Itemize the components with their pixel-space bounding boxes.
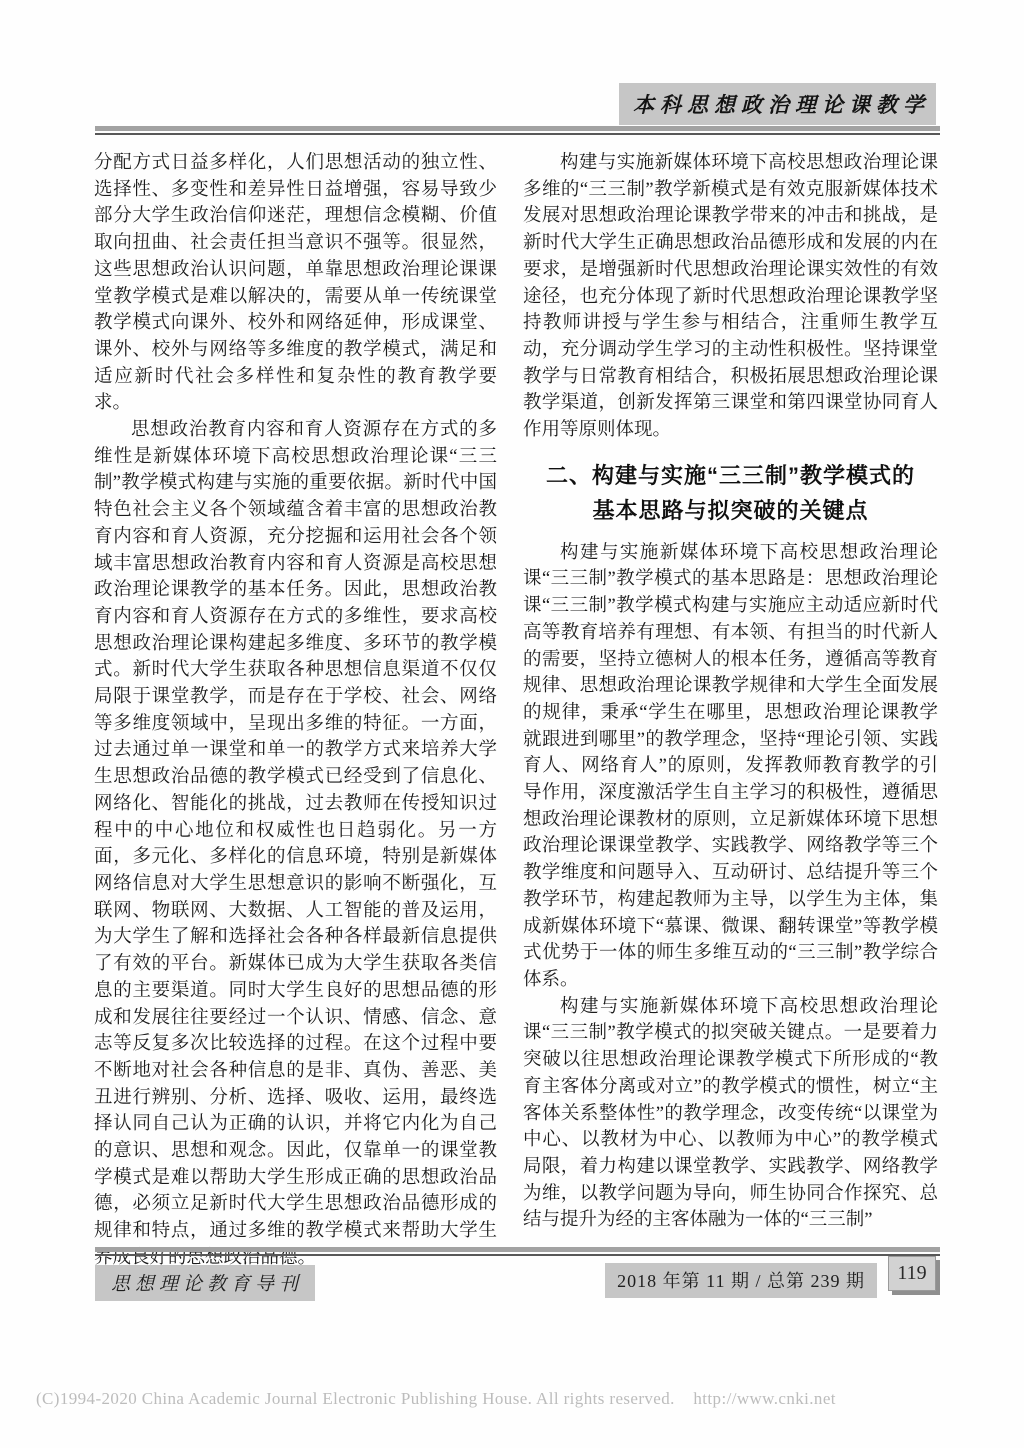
- left-column: 分配方式日益多样化，人们思想活动的独立性、选择性、多变性和差异性日益增强，容易导…: [94, 150, 497, 1272]
- body-paragraph: 分配方式日益多样化，人们思想活动的独立性、选择性、多变性和差异性日益增强，容易导…: [94, 150, 497, 417]
- copyright-notice: (C)1994-2020 China Academic Journal Elec…: [36, 1389, 836, 1409]
- page-number-badge: 119: [888, 1256, 936, 1291]
- footer-divider-thin-line: [95, 1254, 940, 1256]
- header-divider-thin-line: [95, 133, 940, 135]
- header-divider-thick-line: [95, 126, 940, 131]
- section-heading-line1: 二、构建与实施“三三制”教学模式的: [546, 463, 915, 488]
- footer-divider: [95, 1247, 940, 1256]
- journal-page: 本科思想政治理论课教学 分配方式日益多样化，人们思想活动的独立性、选择性、多变性…: [0, 0, 1024, 1448]
- body-paragraph: 构建与实施新媒体环境下高校思想政治理论课“三三制”教学模式的拟突破关键点。一是要…: [523, 994, 938, 1234]
- section-heading: 二、构建与实施“三三制”教学模式的 基本思路与拟突破的关键点: [523, 458, 938, 528]
- section-header-label: 本科思想政治理论课教学: [619, 83, 936, 125]
- header-divider: [95, 126, 940, 135]
- right-column: 构建与实施新媒体环境下高校思想政治理论课多维的“三三制”教学新模式是有效克服新媒…: [523, 150, 938, 1234]
- issue-info-badge: 2018 年第 11 期 / 总第 239 期: [605, 1263, 877, 1298]
- section-heading-line2: 基本思路与拟突破的关键点: [592, 498, 868, 523]
- footer-divider-thick-line: [95, 1247, 940, 1252]
- body-paragraph: 构建与实施新媒体环境下高校思想政治理论课多维的“三三制”教学新模式是有效克服新媒…: [523, 150, 938, 444]
- body-paragraph: 构建与实施新媒体环境下高校思想政治理论课“三三制”教学模式的基本思路是：思想政治…: [523, 540, 938, 994]
- body-paragraph: 思想政治教育内容和育人资源存在方式的多维性是新媒体环境下高校思想政治理论课“三三…: [94, 417, 497, 1272]
- journal-name-badge: 思想理论教育导刊: [95, 1265, 315, 1301]
